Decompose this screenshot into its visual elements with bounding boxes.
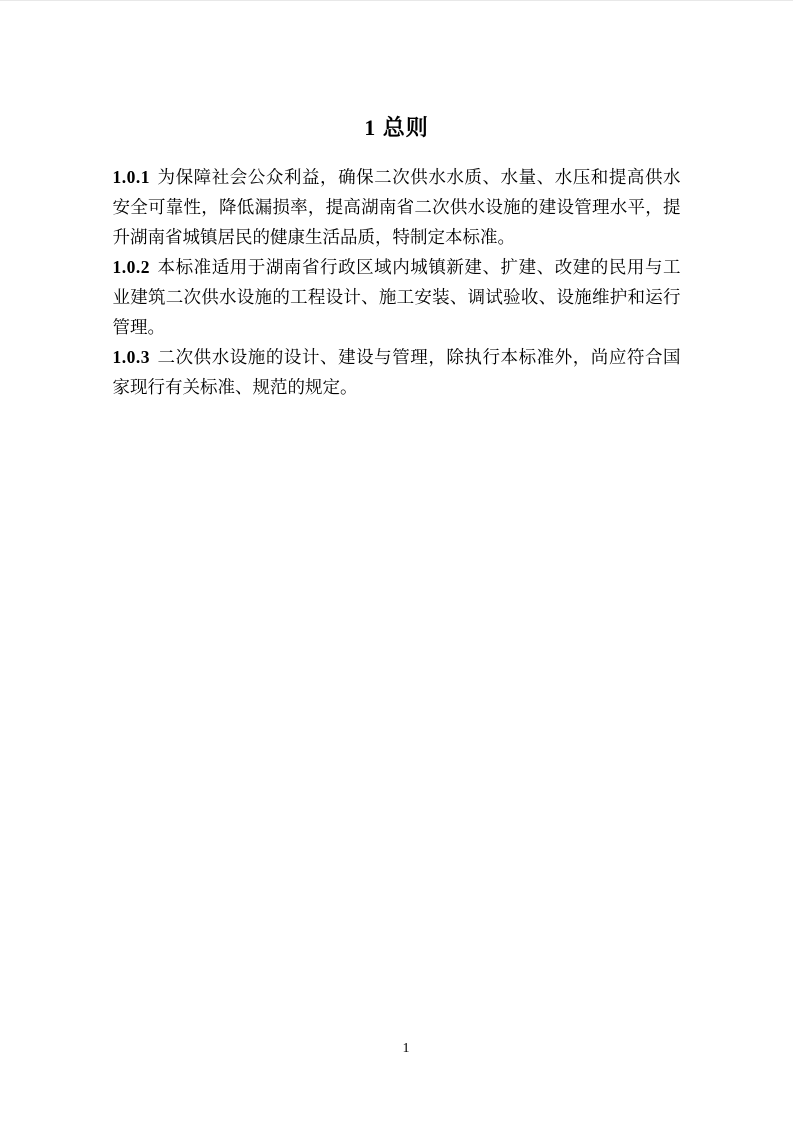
clause-paragraph: 1.0.3二次供水设施的设计、建设与管理，除执行本标准外，尚应符合国家现行有关标… bbox=[113, 342, 681, 402]
clause-text: 本标准适用于湖南省行政区域内城镇新建、扩建、改建的民用与工业建筑二次供水设施的工… bbox=[113, 257, 681, 337]
chapter-title: 1 总则 bbox=[0, 1, 793, 141]
clause-number: 1.0.1 bbox=[113, 167, 151, 187]
clause-paragraph: 1.0.2本标准适用于湖南省行政区域内城镇新建、扩建、改建的民用与工业建筑二次供… bbox=[113, 252, 681, 342]
document-body: 1.0.1为保障社会公众利益，确保二次供水水质、水量、水压和提高供水安全可靠性，… bbox=[113, 162, 681, 402]
clause-text: 为保障社会公众利益，确保二次供水水质、水量、水压和提高供水安全可靠性，降低漏损率… bbox=[113, 167, 681, 247]
clause-number: 1.0.3 bbox=[113, 347, 151, 367]
clause-number: 1.0.2 bbox=[113, 257, 151, 277]
document-page: 1 总则 1.0.1为保障社会公众利益，确保二次供水水质、水量、水压和提高供水安… bbox=[0, 0, 793, 1122]
page-number: 1 bbox=[0, 1041, 793, 1057]
clause-paragraph: 1.0.1为保障社会公众利益，确保二次供水水质、水量、水压和提高供水安全可靠性，… bbox=[113, 162, 681, 252]
clause-text: 二次供水设施的设计、建设与管理，除执行本标准外，尚应符合国家现行有关标准、规范的… bbox=[113, 347, 681, 397]
